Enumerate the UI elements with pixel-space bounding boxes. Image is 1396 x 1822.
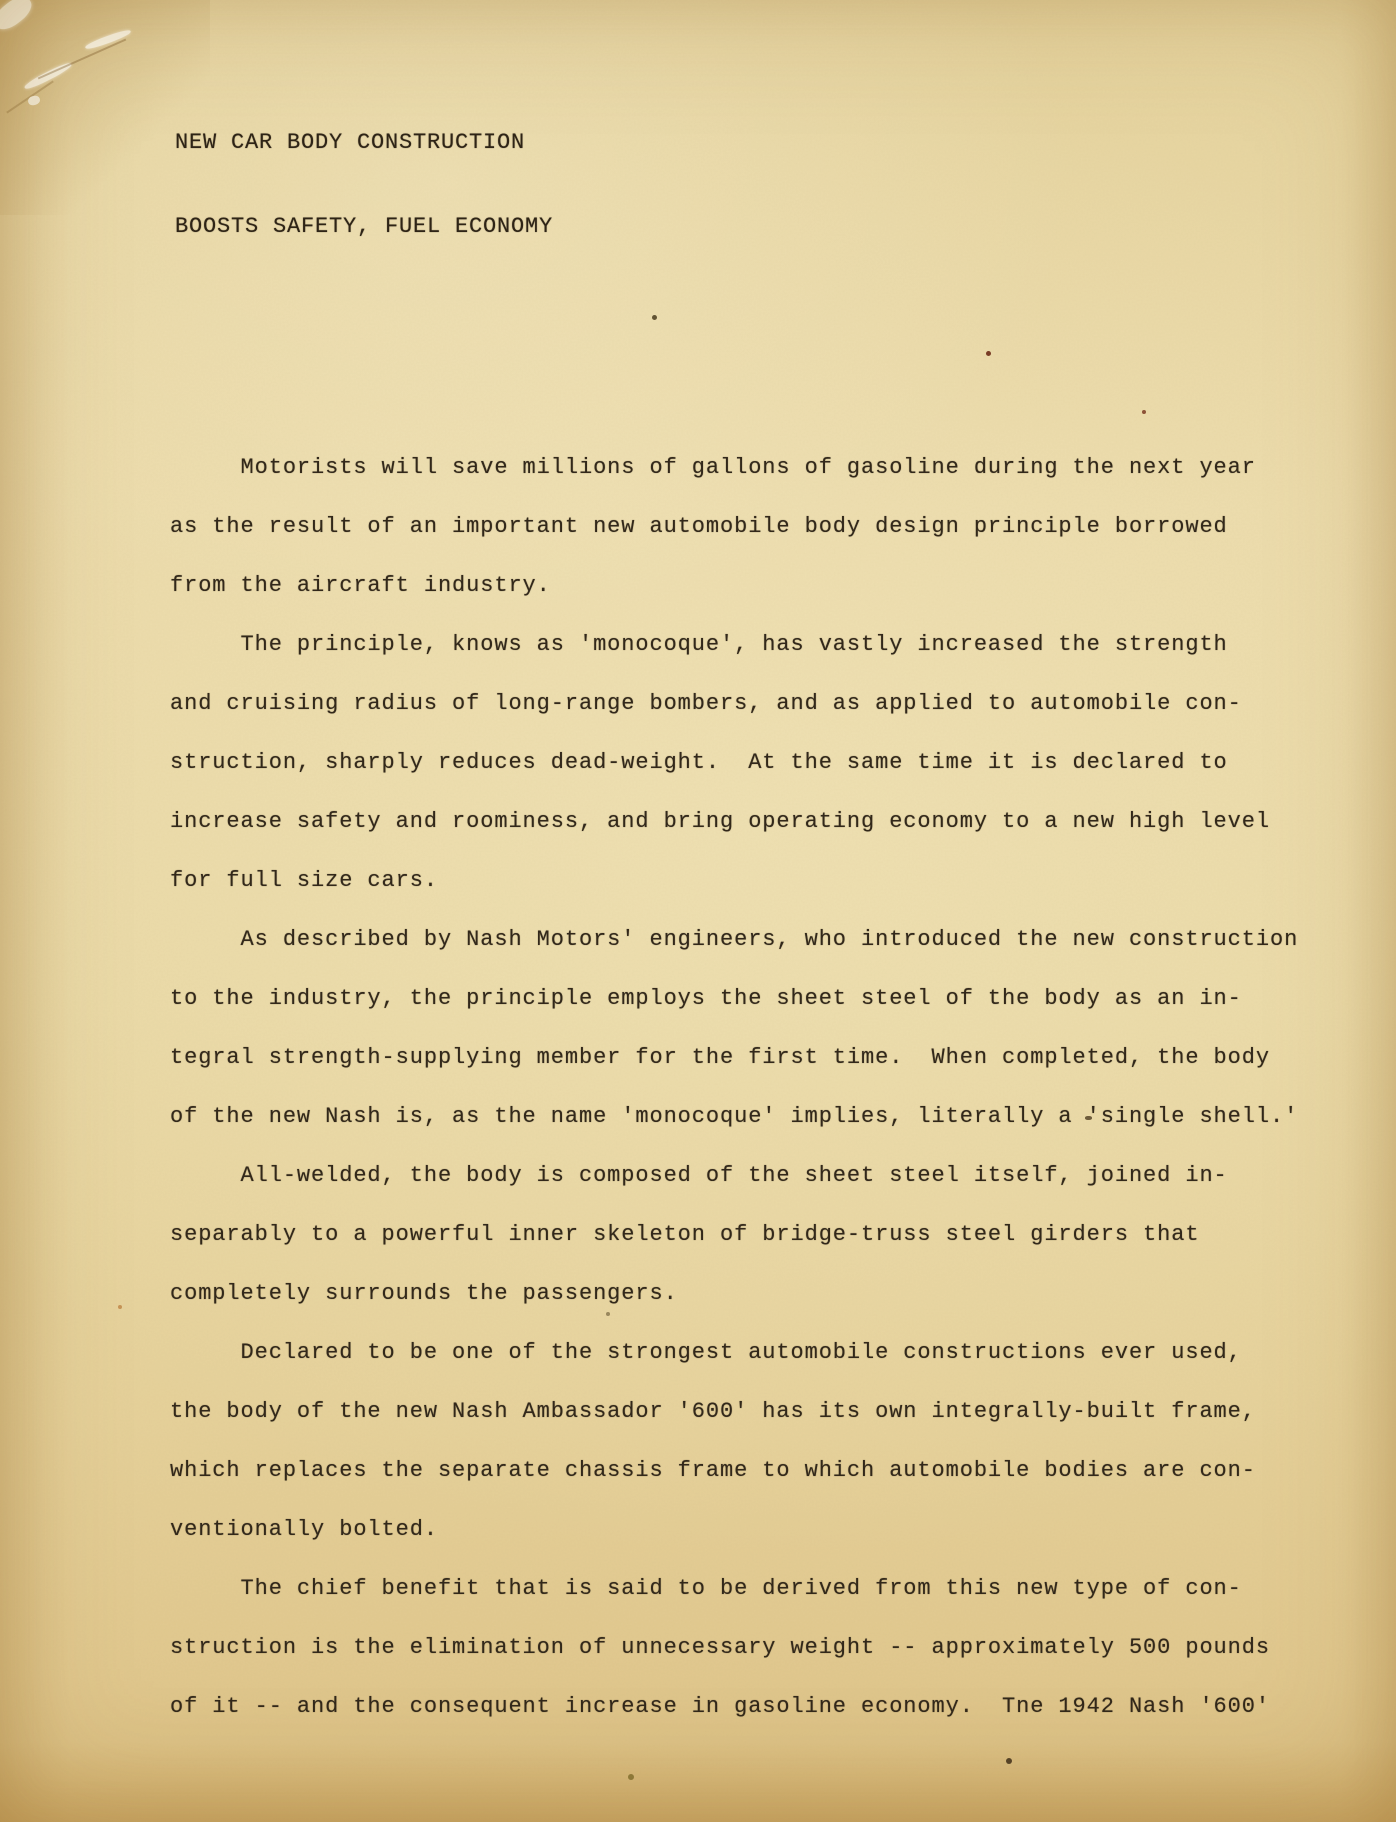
- body-line: Motorists will save millions of gallons …: [170, 438, 1396, 497]
- body-line: The chief benefit that is said to be der…: [170, 1559, 1396, 1618]
- paper-speck: [628, 1774, 634, 1780]
- document-page: NEW CAR BODY CONSTRUCTION BOOSTS SAFETY,…: [0, 0, 1396, 1822]
- body-line: the body of the new Nash Ambassador '600…: [170, 1382, 1396, 1441]
- document-title: NEW CAR BODY CONSTRUCTION BOOSTS SAFETY,…: [175, 73, 553, 297]
- body-line: which replaces the separate chassis fram…: [170, 1441, 1396, 1500]
- body-line: tegral strength-supplying member for the…: [170, 1028, 1396, 1087]
- body-line: completely surrounds the passengers.: [170, 1264, 1396, 1323]
- body-line: struction, sharply reduces dead-weight. …: [170, 733, 1396, 792]
- paper-tear-mark: [84, 28, 131, 51]
- title-line: NEW CAR BODY CONSTRUCTION: [175, 129, 553, 157]
- body-line: The principle, knows as 'monocoque', has…: [170, 615, 1396, 674]
- body-line: and cruising radius of long-range bomber…: [170, 674, 1396, 733]
- title-line: BOOSTS SAFETY, FUEL ECONOMY: [175, 213, 553, 241]
- body-line: Declared to be one of the strongest auto…: [170, 1323, 1396, 1382]
- body-line: struction is the elimination of unnecess…: [170, 1618, 1396, 1677]
- body-line: of the new Nash is, as the name 'monocoq…: [170, 1087, 1396, 1146]
- paper-crease-line: [6, 81, 54, 114]
- body-line: ventionally bolted.: [170, 1500, 1396, 1559]
- paper-speck: [652, 315, 657, 320]
- body-line: from the aircraft industry.: [170, 556, 1396, 615]
- paper-tear-mark: [0, 0, 36, 35]
- paper-speck: [118, 1305, 122, 1309]
- paper-tear-mark: [23, 61, 73, 92]
- body-line: separably to a powerful inner skeleton o…: [170, 1205, 1396, 1264]
- paper-speck: [986, 351, 991, 356]
- body-line: All-welded, the body is composed of the …: [170, 1146, 1396, 1205]
- paper-tear-mark: [27, 95, 41, 107]
- body-line: to the industry, the principle employs t…: [170, 969, 1396, 1028]
- body-line: for full size cars.: [170, 851, 1396, 910]
- paper-crease-line: [38, 39, 127, 80]
- body-line: as the result of an important new automo…: [170, 497, 1396, 556]
- bottom-edge-shade: [0, 1742, 1396, 1822]
- paper-speck: [1142, 410, 1146, 414]
- document-body: Motorists will save millions of gallons …: [170, 438, 1396, 1736]
- paper-speck: [1006, 1758, 1012, 1764]
- body-line: of it -- and the consequent increase in …: [170, 1677, 1396, 1736]
- body-line: As described by Nash Motors' engineers, …: [170, 910, 1396, 969]
- body-line: increase safety and roominess, and bring…: [170, 792, 1396, 851]
